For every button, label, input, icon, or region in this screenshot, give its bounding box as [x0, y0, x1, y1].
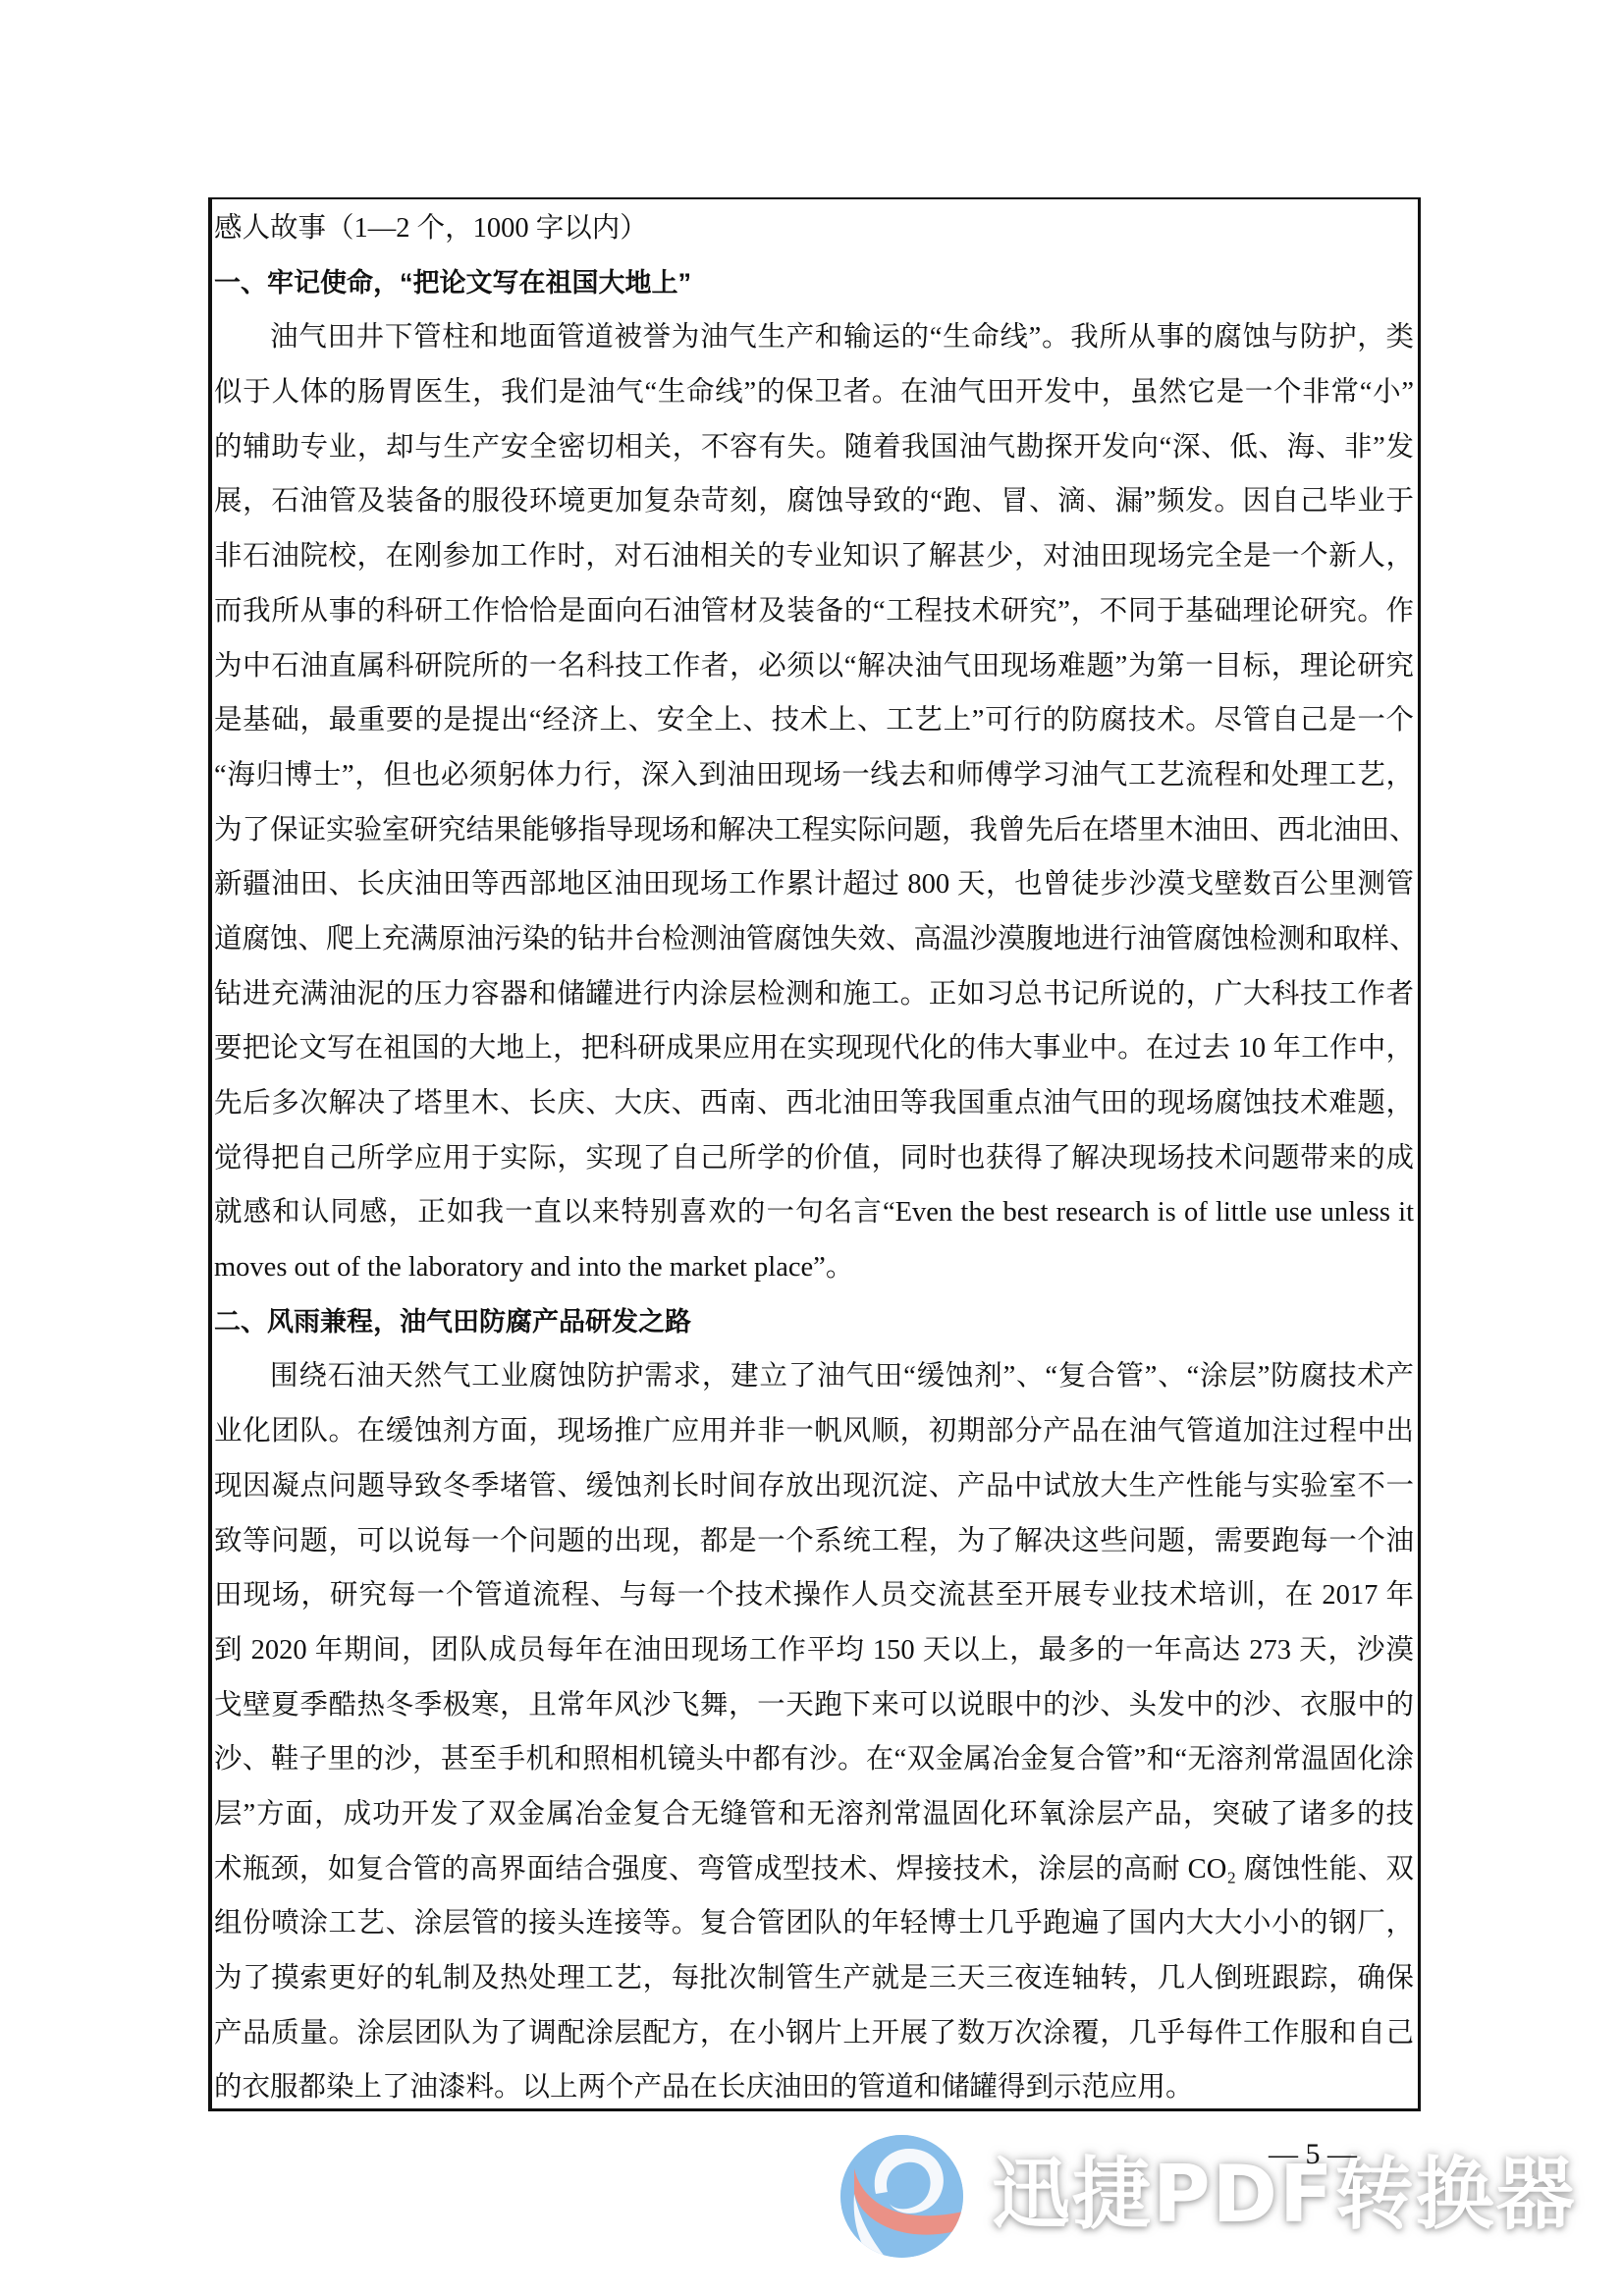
paragraph-line: 道腐蚀、爬上充满原油污染的钻井台检测油管腐蚀失效、高温沙漠腹地进行油管腐蚀检测和…	[214, 912, 1414, 967]
section-2-title: 二、风雨兼程，油气田防腐产品研发之路	[214, 1295, 1414, 1350]
paragraph-line: 致等问题，可以说每一个问题的出现，都是一个系统工程，为了解决这些问题，需要跑每一…	[214, 1514, 1414, 1569]
paragraph-line: 先后多次解决了塔里木、长庆、大庆、西南、西北油田等我国重点油气田的现场腐蚀技术难…	[214, 1076, 1414, 1131]
paragraph-line: 田现场，研究每一个管道流程、与每一个技术操作人员交流甚至开展专业技术培训，在 2…	[214, 1568, 1414, 1623]
paragraph-line: 就感和认同感，正如我一直以来特别喜欢的一句名言“Even the best re…	[214, 1185, 1414, 1240]
paragraph-line: 油气田井下管柱和地面管道被誉为油气生产和输运的“生命线”。我所从事的腐蚀与防护，…	[214, 310, 1414, 365]
paragraph-line: 沙、鞋子里的沙，甚至手机和照相机镜头中都有沙。在“双金属冶金复合管”和“无溶剂常…	[214, 1732, 1414, 1787]
paragraph-line: 似于人体的肠胃医生，我们是油气“生命线”的保卫者。在油气田开发中，虽然它是一个非…	[214, 365, 1414, 420]
watermark-logo-icon	[840, 2135, 963, 2258]
paragraph-line: moves out of the laboratory and into the…	[214, 1240, 1414, 1295]
paragraph-line: 现因凝点问题导致冬季堵管、缓蚀剂长时间存放出现沉淀、产品中试放大生产性能与实验室…	[214, 1459, 1414, 1514]
paragraph-line: 展，石油管及装备的服役环境更加复杂苛刻，腐蚀导致的“跑、冒、滴、漏”频发。因自己…	[214, 474, 1414, 529]
paragraph-line: 要把论文写在祖国的大地上，把科研成果应用在实现现代化的伟大事业中。在过去 10 …	[214, 1021, 1414, 1076]
story-content: 感人故事（1—2 个，1000 字以内） 一、牢记使命，“把论文写在祖国大地上”…	[214, 201, 1414, 2115]
paragraph-line: 为中石油直属科研院所的一名科技工作者，必须以“解决油气田现场难题”为第一目标，理…	[214, 639, 1414, 694]
paragraph-line: 为了保证实验室研究结果能够指导现场和解决工程实际问题，我曾先后在塔里木油田、西北…	[214, 803, 1414, 858]
paragraph-line: 围绕石油天然气工业腐蚀防护需求，建立了油气田“缓蚀剂”、“复合管”、“涂层”防腐…	[214, 1349, 1414, 1404]
paragraph-line: 层”方面，成功开发了双金属冶金复合无缝管和无溶剂常温固化环氧涂层产品，突破了诸多…	[214, 1787, 1414, 1842]
paragraph-line: “海归博士”，但也必须躬体力行，深入到油田现场一线去和师傅学习油气工艺流程和处理…	[214, 748, 1414, 803]
paragraph-line: 非石油院校，在刚参加工作时，对石油相关的专业知识了解甚少，对油田现场完全是一个新…	[214, 529, 1414, 584]
paragraph-line: 组份喷涂工艺、涂层管的接头连接等。复合管团队的年轻博士几乎跑遍了国内大大小小的钢…	[214, 1896, 1414, 1951]
paragraph-line: 钻进充满油泥的压力容器和储罐进行内涂层检测和施工。正如习总书记所说的，广大科技工…	[214, 967, 1414, 1022]
page-number: — 5 —	[1244, 2139, 1381, 2170]
section-1-title: 一、牢记使命，“把论文写在祖国大地上”	[214, 256, 1414, 311]
paragraph-line: 为了摸索更好的轧制及热处理工艺，每批次制管生产就是三天三夜连轴转，几人倒班跟踪，…	[214, 1951, 1414, 2006]
field-label: 感人故事（1—2 个，1000 字以内）	[214, 201, 1414, 256]
paragraph-line: 业化团队。在缓蚀剂方面，现场推广应用并非一帆风顺，初期部分产品在油气管道加注过程…	[214, 1404, 1414, 1459]
paragraph-line: 戈壁夏季酷热冬季极寒，且常年风沙飞舞，一天跑下来可以说眼中的沙、头发中的沙、衣服…	[214, 1678, 1414, 1733]
paragraph-line: 觉得把自己所学应用于实际，实现了自己所学的价值，同时也获得了解决现场技术问题带来…	[214, 1131, 1414, 1186]
paragraph-line: 术瓶颈，如复合管的高界面结合强度、弯管成型技术、焊接技术，涂层的高耐 CO₂ 腐…	[214, 1842, 1414, 1897]
paragraph-line: 是基础，最重要的是提出“经济上、安全上、技术上、工艺上”可行的防腐技术。尽管自己…	[214, 693, 1414, 748]
paragraph-line: 的衣服都染上了油漆料。以上两个产品在长庆油田的管道和储罐得到示范应用。	[214, 2060, 1414, 2115]
paragraph-line: 产品质量。涂层团队为了调配涂层配方，在小钢片上开展了数万次涂覆，几乎每件工作服和…	[214, 2006, 1414, 2061]
paragraph-line: 新疆油田、长庆油田等西部地区油田现场工作累计超过 800 天，也曾徒步沙漠戈壁数…	[214, 857, 1414, 912]
paragraph-line: 而我所从事的科研工作恰恰是面向石油管材及装备的“工程技术研究”，不同于基础理论研…	[214, 584, 1414, 639]
paragraph-line: 的辅助专业，却与生产安全密切相关，不容有失。随着我国油气勘探开发向“深、低、海、…	[214, 420, 1414, 475]
paragraph-line: 到 2020 年期间，团队成员每年在油田现场工作平均 150 天以上，最多的一年…	[214, 1623, 1414, 1678]
